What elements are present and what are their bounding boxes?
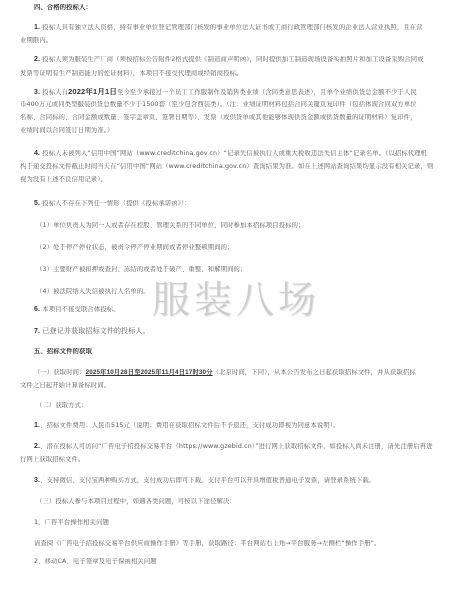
requirement-1-line-2: 业期限内。	[20, 37, 435, 45]
acquisition-period: 2025年10月28日至2025年11月4日17时30分	[86, 369, 213, 376]
requirement-7: 7. 已登记并获取招标文件的投标人。	[34, 327, 434, 336]
requirement-7-number: 7.	[34, 328, 40, 335]
requirement-2-number: 2.	[34, 56, 40, 63]
method-3: 3.、支持微信、支付宝两种购买方式，支付成功后即可下载。支付平台可以开具增值税普…	[34, 477, 434, 485]
requirement-3-line-2: 币400万元或同类型服装供货总数量不少于1500套（至少包含西装类）。（注：业绩…	[20, 101, 435, 109]
requirement-4-number: 4.	[34, 150, 40, 157]
method-1-text: 、招标文件费用：人民币515元（说明：费用在获取招标文件后不予退还，支付成功即视…	[40, 422, 339, 429]
requirement-1-line-1: 1. 投标人具有独立法人资格，持有事业单位登记管理部门核发的事业单位法人证书或工…	[34, 24, 434, 32]
requirement-3-date: 2022年1月1日	[68, 88, 117, 96]
requirement-6-number: 6.	[34, 306, 40, 313]
section-heading-document-acquisition: 五、招标文件的获取	[34, 348, 449, 356]
acquisition-method-heading: （二）获取方式：	[36, 402, 434, 410]
requirement-5-sub-2: （2）处于停产停业状态，被责令停产停业期间或者停业整顿期间的；	[36, 244, 434, 252]
requirement-4-line-3: 视为没有上述不良信用记录）。	[20, 176, 435, 184]
requirement-5: 5. 投标人不存在下列任一情形（提供《投标承诺函》）：	[34, 200, 434, 208]
requirement-1-number: 1.	[34, 24, 40, 31]
help-1-title: 1、广咨平台操作相关问题	[34, 519, 434, 527]
requirement-2-text: 投标人须为服装生产厂商（须按招标公告附件2格式提供《制造商声明函》，同时提供加工…	[42, 56, 423, 63]
method-2-line-2: 行网上获取招标文件。	[20, 456, 435, 464]
requirement-2-line-1: 2. 投标人须为服装生产厂商（须按招标公告附件2格式提供《制造商声明函》，同时提…	[34, 56, 434, 64]
requirement-4-line-2: 构于递交投标文件截止时间当天在“信用中国”网站（www.creditchina.…	[20, 163, 435, 171]
requirement-6-text: 本项目不接受联合体投标。	[42, 306, 119, 313]
requirement-3-line-1: 3. 投标人自2022年1月1日至今至少承接过一个员工工作服制作及销售类业绩（含…	[34, 88, 434, 97]
requirement-3-line-3: 名称、合同标的、合同金额或数量、签字盖章页、签署日期等）、发票（或供货单或其他能…	[20, 114, 435, 122]
method-1: 1.、招标文件费用：人民币515元（说明：费用在获取招标文件后不予退还，支付成功…	[34, 422, 434, 430]
acquisition-time-line-1: （一）获取时间：2025年10月28日至2025年11月4日17时30分（北京时…	[34, 369, 434, 377]
method-2-text: 、潜在投标人可访问“广咨电子招投标交易平台（https://www.gzebid…	[40, 443, 433, 450]
requirement-3-number: 3.	[34, 89, 40, 96]
requirement-4-line-1: 4. 投标人未被列入“信用中国”网站（www.creditchina.gov.c…	[34, 150, 434, 158]
requirement-3-line-4: 业绩时间以合同签订日期为准。）	[20, 127, 435, 135]
requirement-2-line-2: 发票等证明有生产制造能力的佐证材料），本项目不接受代理商或经销商投标。	[20, 70, 435, 78]
requirement-5-number: 5.	[34, 200, 40, 207]
requirement-1-text: 投标人具有独立法人资格，持有事业单位登记管理部门核发的事业单位法人证书或工商行政…	[42, 24, 422, 31]
section-heading-qualified-bidders: 四、合格的投标人：	[34, 4, 449, 12]
help-1-text: 请查阅《广咨电子招投标交易平台供应商操作手册》等手册，获取路径：平台网站右上角→…	[34, 540, 434, 548]
help-heading: （三）投标人参与本项目过程中，如遇各类问题，可按以下途径解决：	[36, 498, 434, 506]
requirement-3-text: 至今至少承接过一个员工工作服制作及销售类业绩（含同类意思表述），且单个业绩供货总…	[117, 89, 417, 96]
requirement-5-text: 投标人不存在下列任一情形（提供《投标承诺函》）：	[42, 200, 190, 207]
acquisition-time-label: （一）获取时间：	[34, 369, 86, 376]
acquisition-time-rest: （北京时间，下同），从本公告发布之日起获取招标文件，并从获取招标	[213, 369, 416, 376]
acquisition-time-line-2: 文件之日起开始计算备标时间。	[20, 382, 435, 390]
requirement-5-sub-1: （1）单位负责人为同一人或者存在控股、管理关系的不同单位，同时参加本招标项目投标…	[36, 222, 434, 230]
method-3-text: 、支持微信、支付宝两种购买方式，支付成功后即可下载。支付平台可以开具增值税普通电…	[40, 477, 375, 484]
requirement-5-sub-3: （3）主要财产被扣押或查封、冻结的或者处于破产、重整、和解期间的；	[36, 266, 434, 274]
requirement-4-text: 投标人未被列入“信用中国”网站（www.creditchina.gov.cn）“…	[42, 150, 427, 157]
watermark: 服装八场	[152, 278, 320, 322]
requirement-3-prefix: 投标人自	[42, 89, 68, 96]
method-2-line-1: 2.、潜在投标人可访问“广咨电子招投标交易平台（https://www.gzeb…	[34, 443, 434, 451]
help-2-title: 2、移动CA、电子签章及电子保函相关问题	[34, 558, 434, 566]
requirement-7-text: 已登记并获取招标文件的投标人。	[43, 327, 150, 335]
